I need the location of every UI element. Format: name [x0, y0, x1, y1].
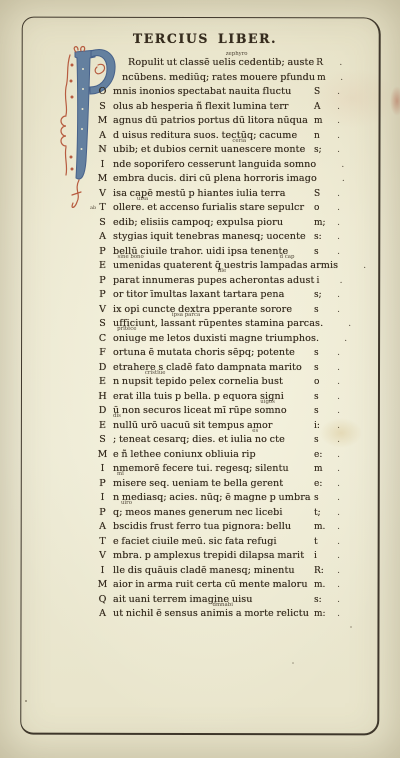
verse-text: ufficiunt, lassant rūpentes stamina parc… — [113, 317, 323, 332]
verse-text: nmemorē fecere tui. regesq; silentu — [113, 462, 312, 477]
verse-text: olus ab hesperia ñ flexit lumina terr — [113, 100, 312, 115]
line-final-letter: s: — [312, 230, 333, 245]
verse-initial: V — [92, 303, 113, 318]
line-dot: . — [333, 245, 344, 260]
interlinear-gloss: sine bono — [118, 255, 144, 260]
line-dot: . — [333, 85, 344, 100]
verse-initial: Q — [92, 593, 113, 608]
line-dot: . — [333, 506, 344, 521]
line-final-letter: e: — [312, 477, 333, 492]
interlinear-gloss: uisa — [137, 197, 148, 202]
verse-line: Detrahere s cladē fato dampnata maritos. — [92, 361, 344, 376]
verse-line: Pmisere seq. ueniam te bella gerentmīe:. — [92, 477, 344, 492]
line-dot: . — [333, 578, 344, 593]
verse-initial: I — [92, 491, 113, 506]
line-dot: . — [335, 56, 346, 71]
verse-line: Magnus dū patrios portus dū litora nūqua… — [92, 114, 344, 129]
line-dot: . — [333, 549, 344, 564]
verse-line: S; teneat cesarq; dies. et iulia no ctee… — [92, 433, 344, 448]
verse-initial: Tab — [92, 201, 113, 216]
interlinear-gloss: ipsa parca — [172, 313, 200, 318]
verse-line: Por titor īmultas laxant tartara penas;. — [92, 288, 344, 303]
verse-line: Te faciet ciuile meū. sic fata refugit. — [92, 535, 344, 550]
verse-initial: A — [92, 520, 113, 535]
line-dot: . — [333, 114, 344, 129]
verse-initial: E — [92, 259, 113, 274]
verse-initial: F — [92, 346, 113, 361]
line-final-letter: t; — [312, 506, 333, 521]
line-dot: . — [333, 477, 344, 492]
verse-initial: E — [92, 419, 113, 434]
verse-text: e ñ lethee coniunx obliuia rip — [113, 448, 312, 463]
verse-text: ncūbens. mediūq; rates mouere pfundu — [113, 71, 315, 86]
verse-line: Aut nichil ē sensus animis a morte relic… — [92, 607, 344, 622]
line-dot: . — [359, 259, 370, 274]
line-final-letter: s — [312, 245, 333, 260]
verse-initial: A — [92, 607, 113, 622]
line-final-letter: s; — [312, 288, 333, 303]
verse-line: Vix opi cuncte dextra pperante sorores. — [92, 303, 344, 318]
verse-line: Omnis inonios spectabat nauita fluctuS. — [92, 85, 344, 100]
line-dot: . — [333, 535, 344, 550]
verse-initial: D — [92, 361, 113, 376]
verse-initial: S — [92, 433, 113, 448]
verse-line: Nubib; et dubios cernit uanescere montec… — [92, 143, 344, 158]
interlinear-gloss: dis — [113, 414, 121, 419]
line-dot: . — [336, 274, 347, 289]
verse-initial: P — [92, 477, 113, 492]
line-dot: . — [333, 187, 344, 202]
line-dot: . — [333, 520, 344, 535]
line-final-letter: n — [312, 129, 333, 144]
verse-text: ix opi cuncte dextra pperante sorore — [113, 303, 312, 318]
verse-line: Herat illa tuis p bella. p equora signis… — [92, 390, 344, 405]
verse-initial: E — [92, 375, 113, 390]
verse-text: nde soporifero cesserunt languida somno — [113, 158, 316, 173]
line-final-letter: t — [312, 535, 333, 550]
verse-text: bscidis frust ferro tua pignora: bellu — [113, 520, 312, 535]
verse-text: nullū urō uacuū sit tempus amordis — [113, 419, 312, 434]
line-final-letter: s — [312, 361, 333, 376]
verse-line: Sedib; elisiis campoq; expulsa piorum;. — [92, 216, 344, 231]
line-dot: . — [333, 143, 344, 158]
line-dot: . — [333, 419, 344, 434]
verse-text: ū non securos liceat mī rūpe somnouigos — [113, 404, 312, 419]
verse-text: lle dis quāuis cladē manesq; minentu — [113, 564, 312, 579]
line-final-letter: s: — [312, 593, 333, 608]
verse-initial: M — [92, 172, 113, 187]
verse-line: Maior in arma ruit certa cū mente maloru… — [92, 578, 344, 593]
verse-text: n nupsit tepido pelex cornelia bustcrist… — [113, 375, 312, 390]
verse-initial: C — [92, 332, 113, 347]
line-final-letter: R: — [312, 564, 333, 579]
verse-text: mnis inonios spectabat nauita fluctu — [113, 85, 312, 100]
line-final-letter: e: — [312, 448, 333, 463]
verse-line: Solus ab hesperia ñ flexit lumina terrA. — [92, 100, 344, 115]
verse-text: d uisus reditura suos. tectūq; cacume — [113, 129, 312, 144]
line-dot: . — [333, 462, 344, 477]
verse-line: Tabollere. et accenso furialis stare sep… — [92, 201, 344, 216]
line-dot: . — [333, 433, 344, 448]
ink-speck — [25, 700, 27, 702]
page-title: TERCIUS LIBER. — [128, 31, 282, 47]
line-final-letter: A — [312, 100, 333, 115]
line-final-letter: m: — [312, 607, 333, 622]
stain-right-edge — [390, 86, 400, 116]
verse-line: Inde soporifero cesserunt languida somno… — [92, 158, 344, 173]
verse-line: Coniuge me letos duxisti magne triumphos… — [92, 332, 344, 347]
verse-initial: A — [92, 230, 113, 245]
verse-initial: H — [92, 390, 113, 405]
line-dot: . — [333, 390, 344, 405]
line-dot: . — [333, 404, 344, 419]
line-dot: . — [333, 375, 344, 390]
verse-text: misere seq. ueniam te bella gerentmī — [113, 477, 312, 492]
line-final-letter: i: — [312, 419, 333, 434]
verse-initial: O — [92, 85, 113, 100]
line-final-letter: s — [312, 433, 333, 448]
line-final-letter: s — [312, 491, 333, 506]
verse-initial: S — [92, 317, 113, 332]
verse-text: aior in arma ruit certa cū mente maloru — [113, 578, 312, 593]
verse-text: parat innumeras pupes acherontas adustil… — [113, 274, 315, 289]
verse-text: e faciet ciuile meū. sic fata refugi — [113, 535, 312, 550]
verse-text: erat illa tuis p bella. p equora signi — [113, 390, 312, 405]
line-dot: . — [338, 172, 349, 187]
verse-initial: P — [92, 288, 113, 303]
verse-initial: M — [92, 114, 113, 129]
verse-text: mbra. p amplexus trepidi dilapsa marit — [113, 549, 312, 564]
interlinear-gloss: ceria — [232, 139, 246, 144]
line-final-letter: o — [312, 201, 333, 216]
verse-line: ncūbens. mediūq; rates mouere pfundum. — [92, 71, 344, 86]
line-final-letter: s — [312, 404, 333, 419]
verse-line: En nupsit tepido pelex cornelia bustcris… — [92, 375, 344, 390]
line-final-letter: m. — [312, 520, 333, 535]
line-dot: . — [344, 317, 355, 332]
line-final-letter: s; — [312, 143, 333, 158]
verse-initial: M — [92, 448, 113, 463]
line-dot: . — [333, 448, 344, 463]
verse-initial: P — [92, 506, 113, 521]
verse-initial: I — [92, 564, 113, 579]
interlinear-gloss: prītēce — [117, 327, 136, 332]
verse-line: Ropulit ut classē uelis cedentib; austez… — [92, 56, 344, 71]
line-dot: . — [333, 100, 344, 115]
line-final-letter: m; — [312, 216, 333, 231]
line-dot: . — [333, 361, 344, 376]
line-final-letter: m — [312, 114, 333, 129]
verse-line: Dū non securos liceat mī rūpe somnouigos… — [92, 404, 344, 419]
verse-line: Fortuna ē mutata choris sēpq; potentes. — [92, 346, 344, 361]
verse-initial: M — [92, 578, 113, 593]
verse-initial: V — [92, 549, 113, 564]
verse-text: embra ducis. diri cū plena horroris imag… — [113, 172, 317, 187]
line-final-letter: m. — [312, 578, 333, 593]
verse-text: oniuge me letos duxisti magne triumphos.… — [113, 332, 319, 347]
verse-initial: A — [92, 129, 113, 144]
ink-speck — [292, 662, 294, 664]
line-dot: . — [333, 491, 344, 506]
interlinear-gloss: dmnabi — [213, 603, 233, 608]
verse-line: Ad uisus reditura suos. tectūq; cacumen. — [92, 129, 344, 144]
interlinear-gloss: uigos — [260, 400, 275, 405]
interlinear-gloss: cristīue — [145, 371, 166, 376]
verse-initial: D — [92, 404, 113, 419]
line-dot: . — [336, 71, 347, 86]
line-final-letter: m — [315, 71, 336, 86]
line-final-letter: m — [312, 462, 333, 477]
line-final-letter: s — [312, 390, 333, 405]
interlinear-gloss: zephyro — [226, 52, 248, 57]
interlinear-gloss: d cap — [280, 255, 295, 260]
verse-initial: S — [92, 100, 113, 115]
verse-line: Membra ducis. diri cū plena horroris ima… — [92, 172, 344, 187]
verse-text: etrahere s cladē fato dampnata marito — [113, 361, 312, 376]
line-dot: . — [333, 288, 344, 303]
verse-line: Ille dis quāuis cladē manesq; minentuR:. — [92, 564, 344, 579]
verse-initial: V — [92, 187, 113, 202]
initial-gloss: ab — [90, 206, 96, 211]
line-dot: . — [333, 201, 344, 216]
verse-line: Pparat innumeras pupes acherontas adusti… — [92, 274, 344, 289]
verse-text: ubib; et dubios cernit uanescere montece… — [113, 143, 312, 158]
line-dot: . — [333, 129, 344, 144]
interlinear-gloss: es — [252, 429, 258, 434]
verse-line: Abscidis frust ferro tua pignora: bellum… — [92, 520, 344, 535]
line-final-letter: S — [312, 85, 333, 100]
manuscript-page: TERCIUS LIBER. Ropulit ut classē uelis — [0, 0, 400, 758]
interlinear-gloss: uiro — [121, 501, 132, 506]
line-final-letter: o — [312, 375, 333, 390]
verse-line: Enullū urō uacuū sit tempus amordisi:. — [92, 419, 344, 434]
verse-initial: T — [92, 535, 113, 550]
verse-text: ollere. et accenso furialis stare sepulc… — [113, 201, 312, 216]
text-block: Ropulit ut classē uelis cedentib; austez… — [92, 56, 344, 622]
line-final-letter: i — [315, 274, 336, 289]
verse-text: agnus dū patrios portus dū litora nūqua — [113, 114, 312, 129]
line-dot: . — [333, 607, 344, 622]
line-final-letter: s — [312, 346, 333, 361]
line-final-letter: i — [312, 549, 333, 564]
line-dot: . — [333, 346, 344, 361]
verse-text: ; teneat cesarq; dies. et iulia no ctees — [113, 433, 312, 448]
verse-initial: P — [92, 274, 113, 289]
line-dot: . — [333, 230, 344, 245]
verse-line: Astygias iquit tenebras manesq; uocentes… — [92, 230, 344, 245]
line-final-letter: R — [314, 56, 335, 71]
verse-initial: I — [92, 158, 113, 173]
line-dot: . — [333, 216, 344, 231]
verse-line: Inmemorē fecere tui. regesq; silentum. — [92, 462, 344, 477]
verse-initial: P — [92, 245, 113, 260]
verse-line: Vmbra. p amplexus trepidi dilapsa mariti… — [92, 549, 344, 564]
line-final-letter: S — [312, 187, 333, 202]
verse-initial: I — [92, 462, 113, 477]
line-dot: . — [333, 593, 344, 608]
verse-initial: N — [92, 143, 113, 158]
verse-text: Ropulit ut classē uelis cedentib; austez… — [113, 56, 314, 71]
verse-text: stygias iquit tenebras manesq; uocente — [113, 230, 312, 245]
verse-text: ortuna ē mutata choris sēpq; potente — [113, 346, 312, 361]
ink-speck — [350, 626, 352, 628]
verse-text: n mediasq; acies. nūq; ē magne p umbra — [113, 491, 312, 506]
interlinear-gloss: mī — [117, 472, 124, 477]
verse-text: q; meos manes generum nec licebiuiro — [113, 506, 312, 521]
verse-text: edib; elisiis campoq; expulsa pioru — [113, 216, 312, 231]
line-final-letter: s — [312, 303, 333, 318]
verse-line: Me ñ lethee coniunx obliuia ripe:. — [92, 448, 344, 463]
verse-initial: S — [92, 216, 113, 231]
verse-text: or titor īmultas laxant tartara pena — [113, 288, 312, 303]
verse-text: ut nichil ē sensus animis a morte relict… — [113, 607, 312, 622]
verse-line: Pq; meos manes generum nec licebiuirot;. — [92, 506, 344, 521]
verse-line: Visa capē mestū p hiantes iulia terraS. — [92, 187, 344, 202]
line-dot: . — [337, 158, 348, 173]
line-dot: . — [340, 332, 351, 347]
interlinear-gloss: ille — [218, 269, 226, 274]
line-dot: . — [333, 303, 344, 318]
line-dot: . — [333, 564, 344, 579]
